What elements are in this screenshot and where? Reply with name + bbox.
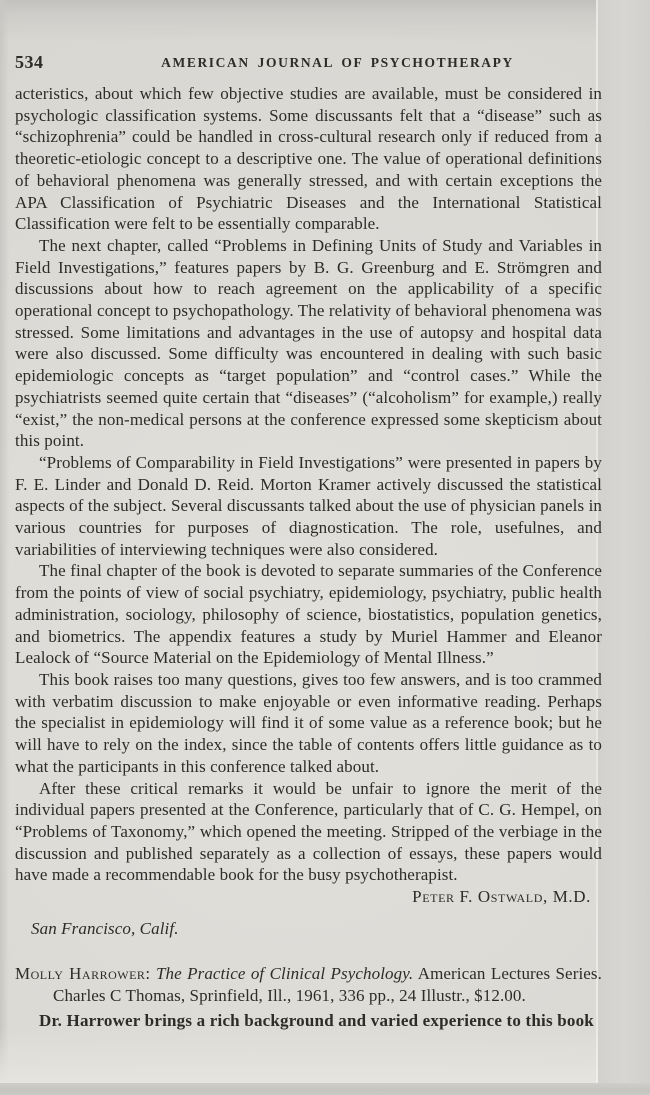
paragraph: After these critical remarks it would be… — [15, 778, 602, 887]
paragraph-continuation: acteristics, about which few objective s… — [15, 83, 602, 235]
book-citation: Molly Harrower: The Practice of Clinical… — [15, 963, 602, 1006]
paragraph: This book raises too many questions, giv… — [15, 669, 602, 778]
page-number: 534 — [15, 52, 44, 73]
page-top-shadow — [0, 0, 650, 42]
paragraph: The next chapter, called “Problems in De… — [15, 235, 602, 452]
next-review-opening-line: Dr. Harrower brings a rich background an… — [15, 1010, 602, 1032]
scanned-page: 534 AMERICAN JOURNAL OF PSYCHOTHERAPY ac… — [0, 0, 650, 1095]
page-bottom-edge-shadow — [0, 1083, 650, 1095]
running-header: 534 AMERICAN JOURNAL OF PSYCHOTHERAPY — [15, 52, 600, 72]
book-title: The Practice of Clinical Psychology. — [156, 964, 413, 983]
journal-title: AMERICAN JOURNAL OF PSYCHOTHERAPY — [75, 55, 600, 71]
reviewer-signature: Peter F. Ostwald, M.D. — [15, 886, 602, 908]
paragraph: The final chapter of the book is devoted… — [15, 560, 602, 669]
reviewer-location: San Francisco, Calif. — [15, 918, 602, 940]
book-author: Molly Harrower: — [15, 964, 151, 983]
paragraph: “Problems of Comparability in Field Inve… — [15, 452, 602, 561]
review-body: acteristics, about which few objective s… — [15, 83, 602, 1032]
page-bottom-highlight — [0, 1028, 650, 1083]
page-right-edge-shadow — [598, 0, 650, 1095]
page-left-edge-shadow — [0, 0, 9, 1095]
